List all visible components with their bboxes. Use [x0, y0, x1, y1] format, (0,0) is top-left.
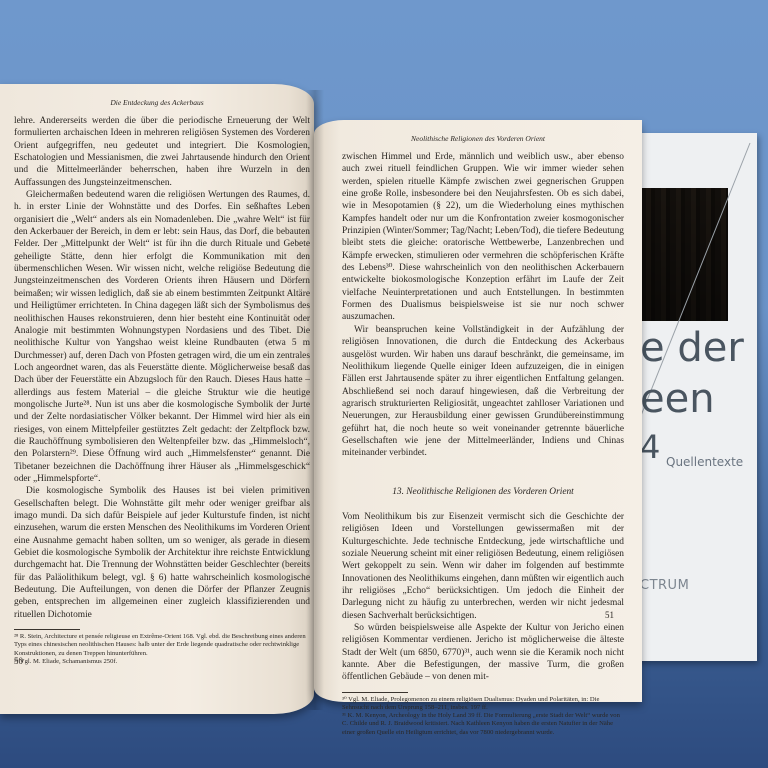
- cover-publisher: CTRUM: [640, 578, 689, 593]
- paragraph: lehre. Andererseits werden die über die …: [14, 115, 310, 189]
- footnote-rule: [14, 629, 80, 630]
- running-head-left: Die Entdeckung des Ackerbaus: [0, 98, 314, 107]
- cover-volume-number: 4: [640, 428, 660, 466]
- section-title: 13. Neolithische Religionen des Vorderen…: [342, 486, 624, 498]
- paragraph: zwischen Himmel und Erde, männlich und w…: [342, 151, 624, 324]
- footnote-rule: [342, 692, 408, 693]
- left-page: Die Entdeckung des Ackerbaus lehre. Ande…: [0, 84, 314, 714]
- running-head-right: Neolithische Religionen des Vorderen Ori…: [314, 134, 642, 143]
- left-footnotes: ²⁸ R. Stein, Architecture et pensée reli…: [0, 633, 314, 666]
- paragraph: Die kosmologische Symbolik des Hauses is…: [14, 485, 310, 621]
- paragraph: Vom Neolithikum bis zur Eisenzeit vermis…: [342, 511, 624, 622]
- cover-title-fragment-1: e der: [640, 325, 744, 371]
- paragraph: Wir beanspruchen keine Vollständigkeit i…: [342, 324, 624, 460]
- cover-subtitle: Quellentexte: [666, 455, 743, 469]
- cover-title-fragment-2: een: [640, 376, 715, 422]
- footnote: ³⁰ Vgl. M. Eliade, Prolegomenon zu einem…: [342, 696, 624, 712]
- right-footnotes: ³⁰ Vgl. M. Eliade, Prolegomenon zu einem…: [314, 696, 642, 737]
- right-page-body: zwischen Himmel und Erde, männlich und w…: [314, 151, 642, 684]
- footnote: ²⁹ Vgl. M. Eliade, Schamanismus 250f.: [14, 658, 308, 666]
- paragraph: Gleichermaßen bedeutend waren die religi…: [14, 189, 310, 485]
- page-number-right: 51: [605, 610, 614, 620]
- paragraph: So würden beispielsweise alle Aspekte de…: [342, 622, 624, 684]
- left-page-body: lehre. Andererseits werden die über die …: [0, 115, 314, 621]
- book-gutter: [306, 90, 324, 710]
- page-number-left: 50: [14, 656, 23, 666]
- footnote: ²⁸ R. Stein, Architecture et pensée reli…: [14, 633, 308, 658]
- right-page: Neolithische Religionen des Vorderen Ori…: [314, 120, 642, 702]
- footnote: ³¹ K. M. Kenyon, Archeology in the Holy …: [342, 712, 624, 737]
